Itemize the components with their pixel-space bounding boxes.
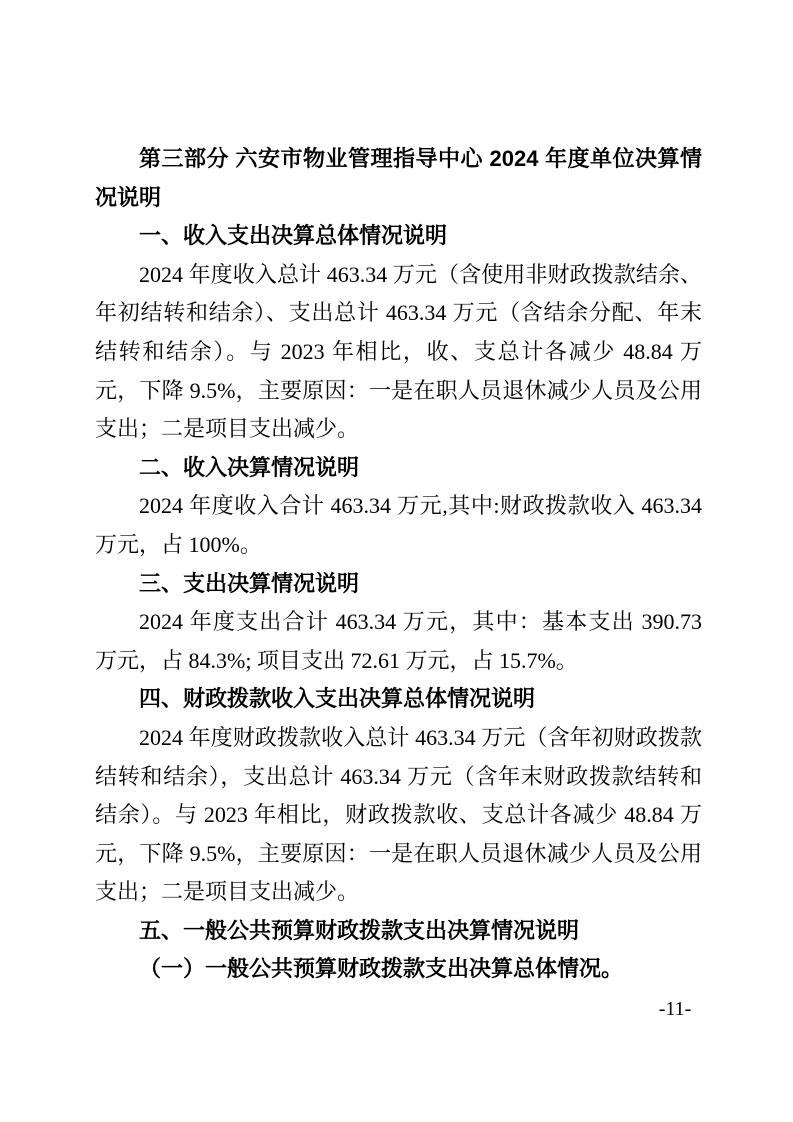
section-2-heading: 二、收入决算情况说明: [95, 449, 702, 488]
section-4-paragraph: 2024 年度财政拨款收入总计 463.34 万元（含年初财政拨款结转和结余），…: [95, 719, 702, 912]
page-number: -11-: [630, 995, 720, 1023]
document-content: 第三部分 六安市物业管理指导中心 2024 年度单位决算情况说明 一、收入支出决…: [95, 140, 702, 989]
section-2-paragraph: 2024 年度收入合计 463.34 万元,其中:财政拨款收入 463.34 万…: [95, 487, 702, 564]
section-3-heading: 三、支出决算情况说明: [95, 565, 702, 604]
document-page: 第三部分 六安市物业管理指导中心 2024 年度单位决算情况说明 一、收入支出决…: [0, 0, 793, 1122]
section-1-paragraph: 2024 年度收入总计 463.34 万元（含使用非财政拨款结余、年初结转和结余…: [95, 256, 702, 449]
section-3-paragraph: 2024 年度支出合计 463.34 万元，其中：基本支出 390.73 万元，…: [95, 603, 702, 680]
section-5-heading: 五、一般公共预算财政拨款支出决算情况说明: [95, 912, 702, 951]
subsection-5-1-heading: （一）一般公共预算财政拨款支出决算总体情况。: [95, 950, 702, 989]
section-1-heading: 一、收入支出决算总体情况说明: [95, 217, 702, 256]
section-4-heading: 四、财政拨款收入支出决算总体情况说明: [95, 680, 702, 719]
document-title: 第三部分 六安市物业管理指导中心 2024 年度单位决算情况说明: [95, 140, 702, 217]
